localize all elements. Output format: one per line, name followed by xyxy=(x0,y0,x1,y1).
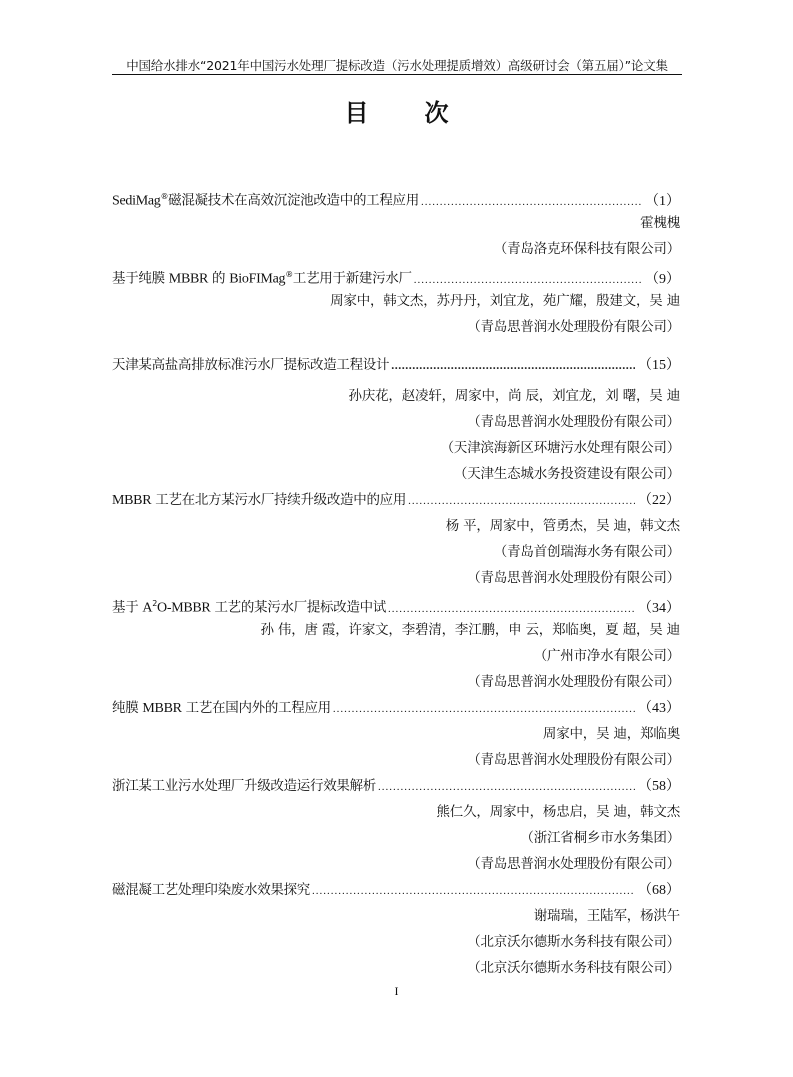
page-title-char-1: 目 xyxy=(345,98,369,128)
toc-entry-title: SediMag®磁混凝技术在高效沉淀池改造中的工程应用 xyxy=(112,186,419,213)
toc-affiliation: （青岛思普润水处理股份有限公司） xyxy=(112,853,680,875)
toc-authors: 谢瑞瑞，王陆军，杨洪午 xyxy=(112,905,680,927)
header-rule xyxy=(112,74,682,75)
toc-affiliation: （北京沃尔德斯水务科技有限公司） xyxy=(112,931,680,953)
toc-authors: 熊仁久，周家中，杨忠启，吴 迪，韩文杰 xyxy=(112,801,680,823)
toc-authors: 周家中，韩文杰，苏丹丹，刘宜龙，苑广耀，殷建文，吴 迪 xyxy=(112,290,680,312)
page-title: 目次 xyxy=(0,98,793,128)
toc-authors: 周家中，吴 迪，郑临奥 xyxy=(112,723,680,745)
toc-page-ref: （43） xyxy=(638,698,680,720)
leader-dots xyxy=(312,880,635,902)
toc-entry-title: 天津某高盐高排放标准污水厂提标改造工程设计 xyxy=(112,354,389,376)
toc-affiliation: （青岛思普润水处理股份有限公司） xyxy=(112,316,680,338)
toc-authors: 霍槐槐 xyxy=(112,212,680,234)
toc-affiliation: （青岛首创瑞海水务有限公司） xyxy=(112,541,680,563)
toc-entry-2[interactable]: 基于纯膜 MBBR 的 BioFIMag®工艺用于新建污水厂 （9） xyxy=(112,264,680,286)
toc-page-ref: （34） xyxy=(638,598,680,620)
toc-entry-5[interactable]: 基于 A2O-MBBR 工艺的某污水厂提标改造中试 （34） xyxy=(112,593,680,615)
toc-page-ref: （58） xyxy=(638,776,680,798)
page-number: I xyxy=(0,984,793,999)
toc-entry-7[interactable]: 浙江某工业污水处理厂升级改造运行效果解析 （58） xyxy=(112,775,680,797)
leader-dots xyxy=(378,776,635,798)
toc-page-ref: （9） xyxy=(645,269,680,291)
running-header: 中国给水排水“2021年中国污水处理厂提标改造（污水处理提质增效）高级研讨会（第… xyxy=(112,58,682,74)
toc-entry-3[interactable]: 天津某高盐高排放标准污水厂提标改造工程设计 （15） xyxy=(112,354,680,376)
toc-affiliation: （青岛思普润水处理股份有限公司） xyxy=(112,411,680,433)
toc-page-ref: （22） xyxy=(638,490,680,512)
leader-dots xyxy=(391,354,635,376)
leader-dots xyxy=(333,698,635,720)
toc-affiliation: （青岛思普润水处理股份有限公司） xyxy=(112,567,680,589)
toc-entry-6[interactable]: 纯膜 MBBR 工艺在国内外的工程应用 （43） xyxy=(112,697,680,719)
toc-entry-4[interactable]: MBBR 工艺在北方某污水厂持续升级改造中的应用 （22） xyxy=(112,489,680,511)
toc-affiliation: （青岛思普润水处理股份有限公司） xyxy=(112,671,680,693)
toc-affiliation: （青岛思普润水处理股份有限公司） xyxy=(112,749,680,771)
toc-affiliation: （天津生态城水务投资建设有限公司） xyxy=(112,463,680,485)
toc-entry-1[interactable]: SediMag®磁混凝技术在高效沉淀池改造中的工程应用 （1） xyxy=(112,186,680,208)
leader-dots xyxy=(421,191,642,213)
leader-dots xyxy=(414,269,642,291)
toc-affiliation: （青岛洛克环保科技有限公司） xyxy=(112,238,680,260)
toc-entry-title: 基于 A2O-MBBR 工艺的某污水厂提标改造中试 xyxy=(112,593,386,620)
toc-page-ref: （1） xyxy=(645,191,680,213)
leader-dots xyxy=(408,490,635,512)
toc-entry-8[interactable]: 磁混凝工艺处理印染废水效果探究 （68） xyxy=(112,879,680,901)
toc-page-ref: （68） xyxy=(638,880,680,902)
toc-entry-title: 浙江某工业污水处理厂升级改造运行效果解析 xyxy=(112,775,376,797)
toc-page-ref: （15） xyxy=(638,355,680,377)
leader-dots xyxy=(388,598,635,620)
toc-affiliation: （天津滨海新区环塘污水处理有限公司） xyxy=(112,437,680,459)
toc-affiliation: （北京沃尔德斯水务科技有限公司） xyxy=(112,957,680,979)
toc-authors: 孙 伟，唐 霞，许家文，李碧清，李江鹏，申 云，郑临奥，夏 超，吴 迪 xyxy=(112,619,680,641)
toc-affiliation: （广州市净水有限公司） xyxy=(112,645,680,667)
toc-entry-title: 纯膜 MBBR 工艺在国内外的工程应用 xyxy=(112,697,331,720)
toc-authors: 孙庆花，赵凌轩，周家中，尚 辰，刘宜龙，刘 曙，吴 迪 xyxy=(112,385,680,407)
toc-entry-title: MBBR 工艺在北方某污水厂持续升级改造中的应用 xyxy=(112,489,406,512)
toc-affiliation: （浙江省桐乡市水务集团） xyxy=(112,827,680,849)
page-title-char-2: 次 xyxy=(425,98,449,128)
toc-entry-title: 基于纯膜 MBBR 的 BioFIMag®工艺用于新建污水厂 xyxy=(112,264,412,291)
toc-entry-title: 磁混凝工艺处理印染废水效果探究 xyxy=(112,879,310,901)
toc-authors: 杨 平，周家中，管勇杰，吴 迪，韩文杰 xyxy=(112,515,680,537)
